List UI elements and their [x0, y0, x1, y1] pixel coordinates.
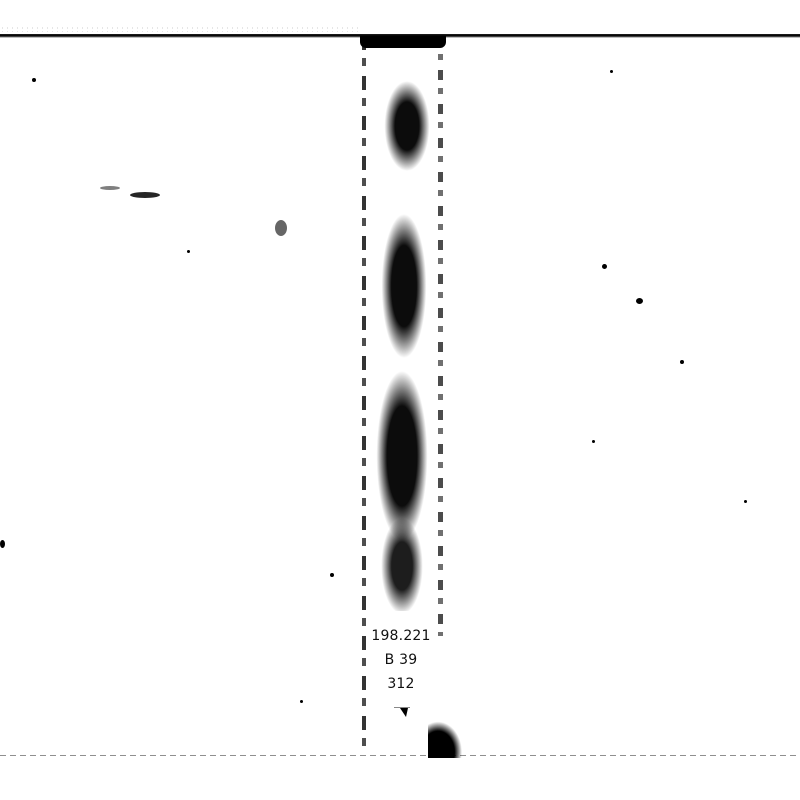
ink-blot — [428, 700, 480, 758]
spine-left-border — [362, 36, 366, 756]
speck — [130, 192, 160, 198]
speck — [275, 220, 287, 236]
call-number-line-3: 312 — [368, 676, 434, 692]
label-triangle-mark — [400, 708, 408, 717]
speck — [636, 298, 643, 304]
speck — [300, 700, 303, 703]
speck — [0, 540, 5, 548]
spine-right-border — [438, 36, 443, 636]
speck — [610, 70, 613, 73]
speck — [592, 440, 595, 443]
call-number-line-2: B 39 — [368, 652, 434, 668]
book-spine: 198.221 B 39 312 — [360, 36, 448, 756]
call-number-line-1: 198.221 — [368, 628, 434, 644]
spine-ink-area — [372, 36, 434, 611]
call-number-label: 198.221 B 39 312 — [368, 614, 434, 734]
speck — [32, 78, 36, 82]
speck — [330, 573, 334, 577]
speck — [680, 360, 684, 364]
speck — [602, 264, 607, 269]
speck — [100, 186, 120, 190]
speck — [744, 500, 747, 503]
speck — [187, 250, 190, 253]
